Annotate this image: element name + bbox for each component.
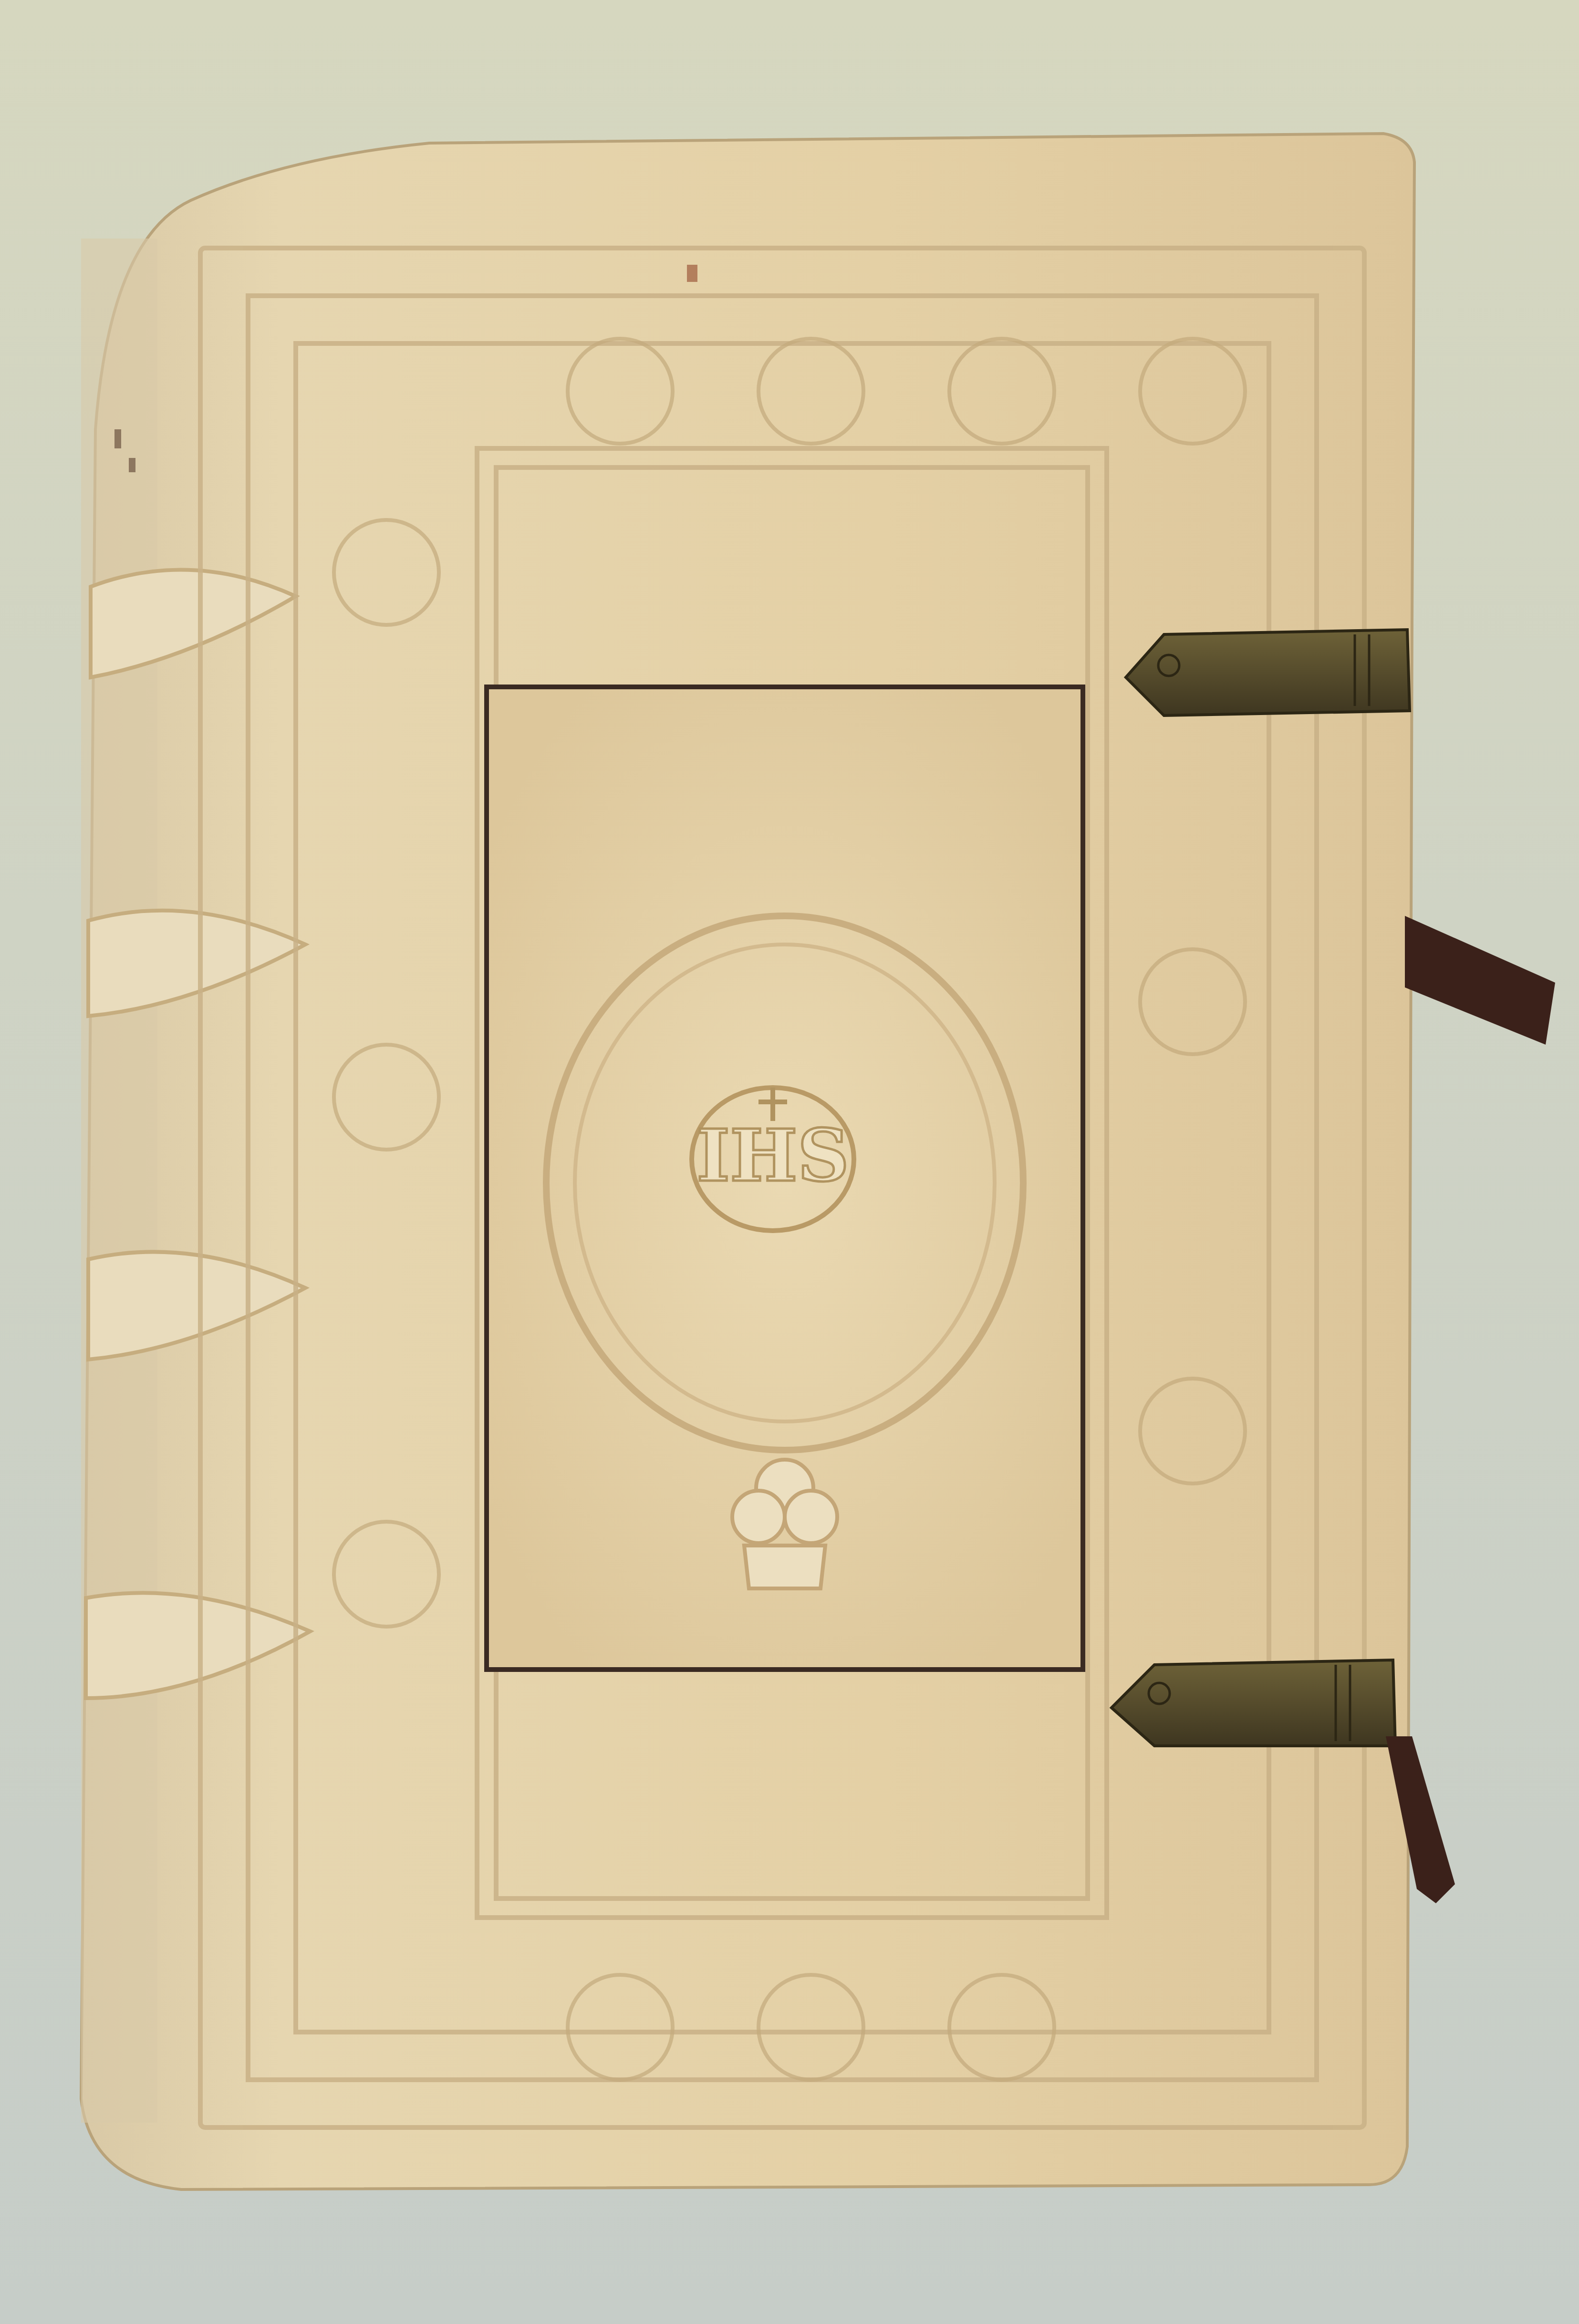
ihs-letters: IHS bbox=[696, 1114, 849, 1198]
book-photo: IHS bbox=[0, 0, 1579, 2324]
upper-strap bbox=[1405, 916, 1555, 1045]
spine-shadow bbox=[81, 239, 157, 2123]
